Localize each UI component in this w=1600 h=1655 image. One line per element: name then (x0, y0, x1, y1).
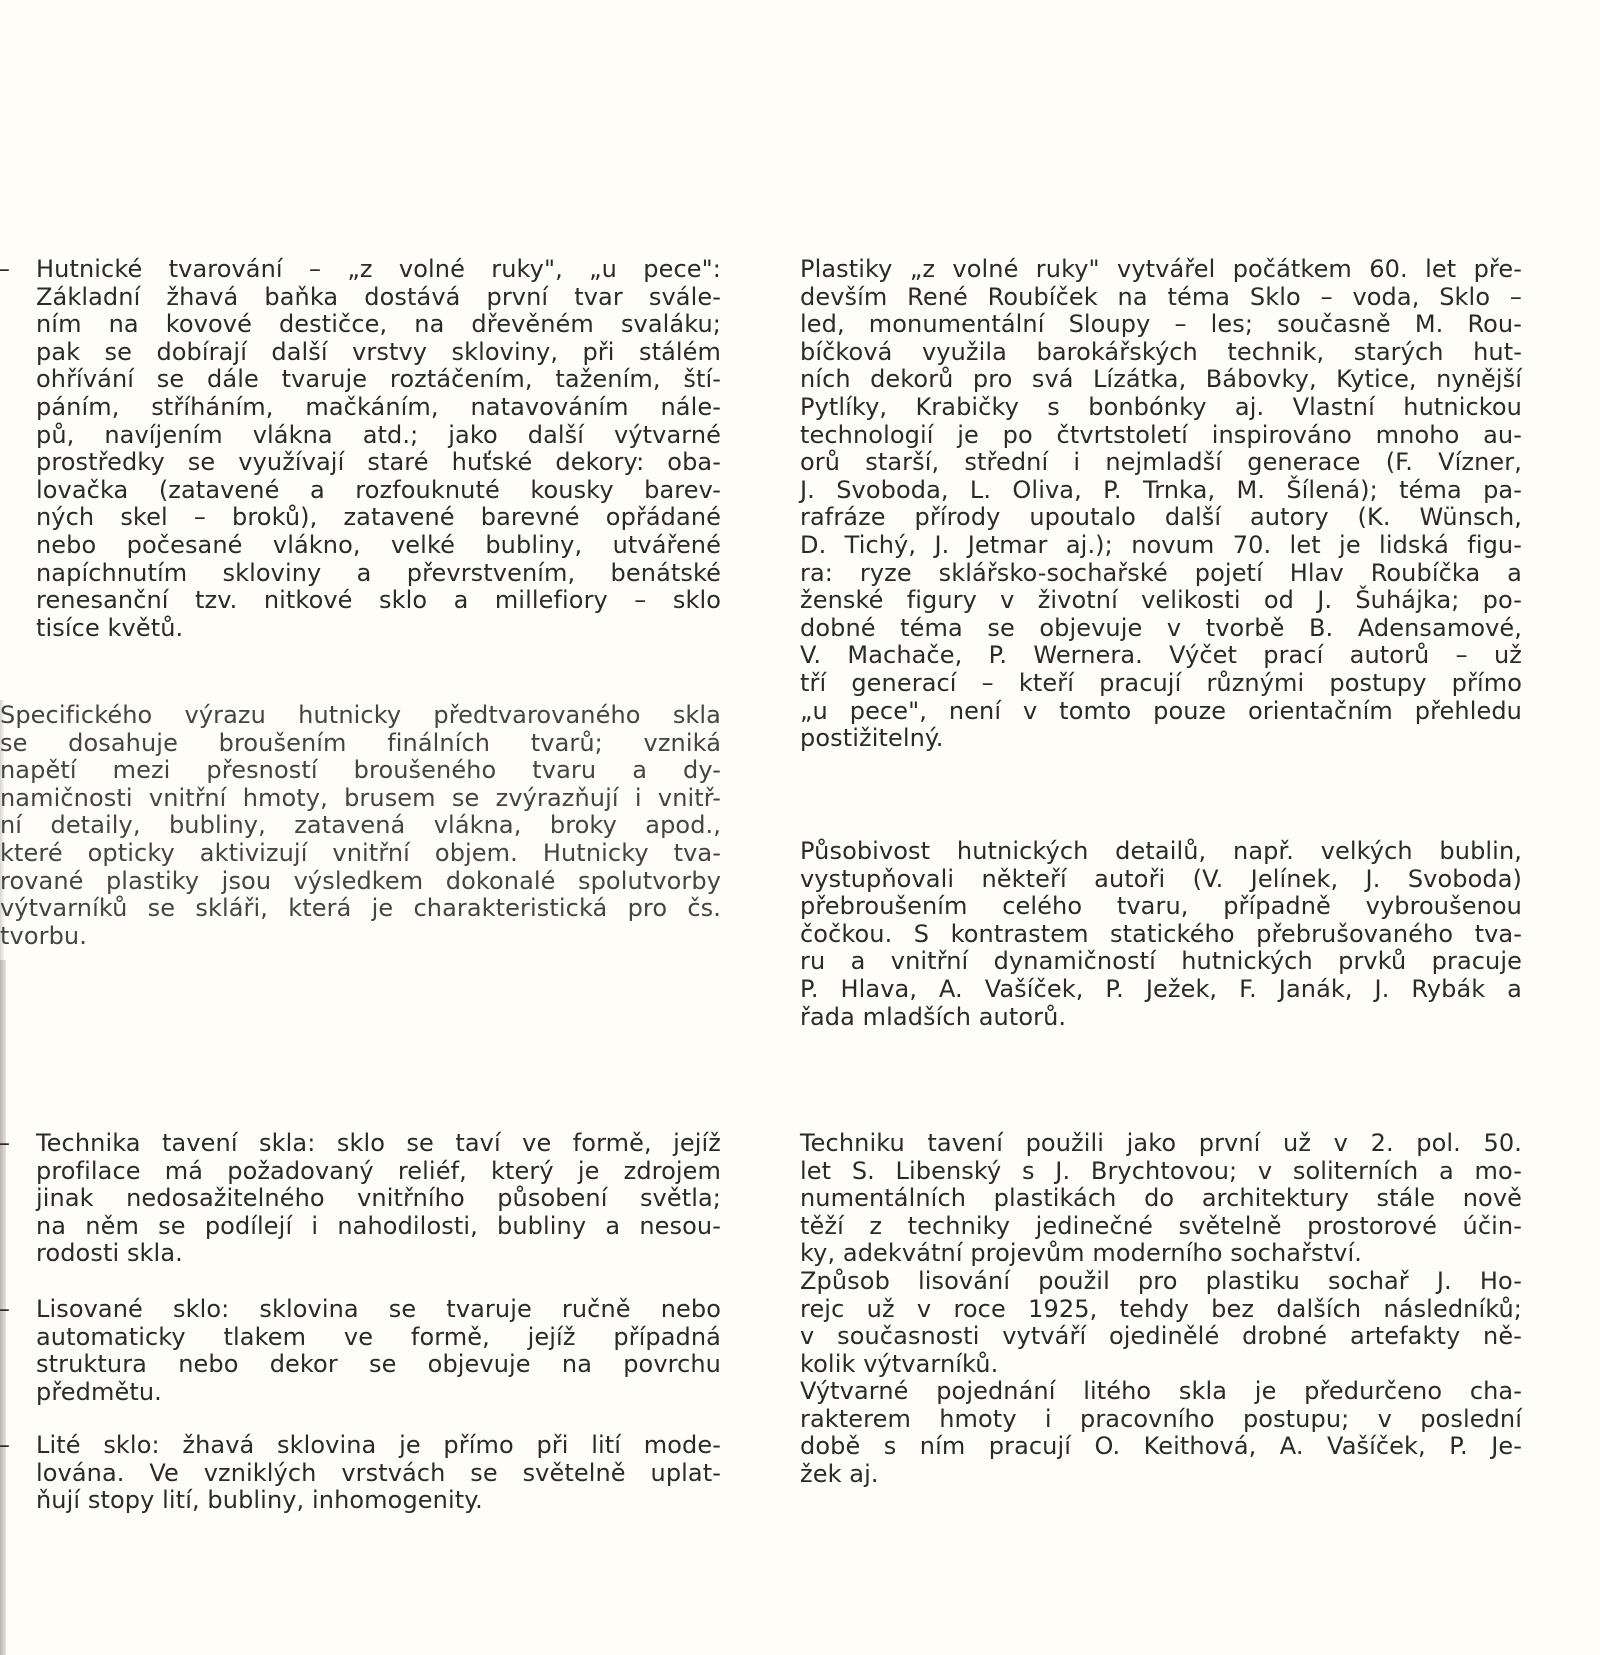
text-line: numentálních plastikách do architektury … (800, 1185, 1522, 1213)
list-dash: – (0, 1130, 10, 1158)
text-line: ky, adekvátní projevům moderního sochařs… (800, 1240, 1522, 1268)
text-line: ných skel – broků), zatavené barevné opř… (36, 504, 721, 532)
list-item-pressed-glass: – Lisované sklo: sklovina se tvaruje ruč… (36, 1296, 721, 1406)
list-dash: – (0, 1296, 10, 1324)
paragraph-text: Působivost hutnických detailů, např. vel… (800, 838, 1522, 1031)
text-line: jinak nedosažitelného vnitřního působení… (36, 1185, 721, 1213)
text-line: bíčková využila barokářských technik, st… (800, 339, 1522, 367)
text-line: řada mladších autorů. (800, 1004, 1522, 1032)
paragraph-pressing-authors: Způsob lisování použil pro plastiku soch… (800, 1268, 1522, 1378)
text-line: rodosti skla. (36, 1240, 721, 1268)
text-line: lovačka (zatavené a rozfouknuté kousky b… (36, 477, 721, 505)
text-line: lována. Ve vzniklých vrstvách se světeln… (36, 1460, 721, 1488)
list-item-cast-glass: – Lité sklo: žhavá sklovina je přímo při… (36, 1432, 721, 1515)
text-line: kolik výtvarníků. (800, 1351, 1522, 1379)
text-line: výtvarníků se skláři, která je charakter… (0, 895, 721, 923)
text-line: rafráze přírody upoutalo další autory (K… (800, 504, 1522, 532)
text-line: prostředky se využívají staré huťské dek… (36, 449, 721, 477)
text-line: renesanční tzv. nitkové sklo a millefior… (36, 587, 721, 615)
text-line: přebroušením celého tvaru, případně vybr… (800, 893, 1522, 921)
text-line: napětí mezi přesností broušeného tvaru a… (0, 757, 721, 785)
text-line: Základní žhavá baňka dostává první tvar … (36, 284, 721, 312)
text-line: technologií je po čtvrtstoletí inspirová… (800, 422, 1522, 450)
list-item-hot-forming: – Hutnické tvarování – „z volné ruky", „… (36, 256, 721, 642)
text-line: Lité sklo: žhavá sklovina je přímo při l… (36, 1432, 721, 1460)
text-line: tisíce květů. (36, 615, 721, 643)
text-line: ní detaily, bubliny, zatavená vlákna, br… (0, 812, 721, 840)
text-line: profilace má požadovaný reliéf, který je… (36, 1158, 721, 1186)
list-item-melting-technique: – Technika tavení skla: sklo se taví ve … (36, 1130, 721, 1268)
paragraph-text: Způsob lisování použil pro plastiku soch… (800, 1268, 1522, 1378)
list-item-text: Lité sklo: žhavá sklovina je přímo při l… (36, 1432, 721, 1515)
text-line: Lisované sklo: sklovina se tvaruje ručně… (36, 1296, 721, 1324)
text-line: ženské figury v životní velikosti od J. … (800, 587, 1522, 615)
text-line: Hutnické tvarování – „z volné ruky", „u … (36, 256, 721, 284)
text-line: „u pece", není v tomto pouze orientačním… (800, 698, 1522, 726)
text-line: struktura nebo dekor se objevuje na povr… (36, 1351, 721, 1379)
text-line: ním na kovové destičce, na dřevěném sval… (36, 311, 721, 339)
list-item-text: Hutnické tvarování – „z volné ruky", „u … (36, 256, 721, 642)
paragraph-cut-glass: Specifického výrazu hutnicky předtvarova… (0, 702, 721, 950)
text-line: páním, stříháním, mačkáním, natavováním … (36, 394, 721, 422)
text-line: Výtvarné pojednání litého skla je předur… (800, 1378, 1522, 1406)
list-item-text: Lisované sklo: sklovina se tvaruje ručně… (36, 1296, 721, 1406)
paragraph-text: Techniku tavení použili jako první už v … (800, 1130, 1522, 1268)
text-line: rakterem hmoty i pracovního postupu; v p… (800, 1406, 1522, 1434)
paragraph-cast-glass-authors: Výtvarné pojednání litého skla je předur… (800, 1378, 1522, 1488)
text-line: žek aj. (800, 1461, 1522, 1489)
text-line: Technika tavení skla: sklo se taví ve fo… (36, 1130, 721, 1158)
text-line: Způsob lisování použil pro plastiku soch… (800, 1268, 1522, 1296)
text-line: P. Hlava, A. Vašíček, P. Ježek, F. Janák… (800, 976, 1522, 1004)
text-line: čočkou. S kontrastem statického přebrušo… (800, 921, 1522, 949)
text-line: orů starší, střední i nejmladší generace… (800, 449, 1522, 477)
text-line: pak se dobírají další vrstvy skloviny, p… (36, 339, 721, 367)
text-line: tří generací – kteří pracují různými pos… (800, 670, 1522, 698)
text-line: předmětu. (36, 1379, 721, 1407)
text-line: Plastiky „z volné ruky" vytvářel počátke… (800, 256, 1522, 284)
text-line: těží z techniky jedinečné světelně prost… (800, 1213, 1522, 1241)
paragraph-hot-details: Působivost hutnických detailů, např. vel… (800, 838, 1522, 1031)
text-line: ohřívání se dále tvaruje roztáčením, taž… (36, 366, 721, 394)
text-line: devším René Roubíček na téma Sklo – voda… (800, 284, 1522, 312)
text-line: pů, navíjením vlákna atd.; jako další vý… (36, 422, 721, 450)
list-dash: – (0, 256, 10, 284)
text-line: let S. Libenský s J. Brychtovou; v solit… (800, 1158, 1522, 1186)
text-line: rované plastiky jsou výsledkem dokonalé … (0, 868, 721, 896)
text-line: vystupňovali někteří autoři (V. Jelínek,… (800, 866, 1522, 894)
text-line: Pytlíky, Krabičky s bonbónky aj. Vlastní… (800, 394, 1522, 422)
text-line: dobné téma se objevuje v tvorbě B. Adens… (800, 615, 1522, 643)
text-line: ru a vnitřní dynamičností hutnických prv… (800, 948, 1522, 976)
paragraph-melting-authors: Techniku tavení použili jako první už v … (800, 1130, 1522, 1268)
text-line: V. Machače, P. Wernera. Výčet prací auto… (800, 642, 1522, 670)
text-line: napíchnutím skloviny a převrstvením, ben… (36, 560, 721, 588)
text-line: D. Tichý, J. Jetmar aj.); novum 70. let … (800, 532, 1522, 560)
paragraph-text: Plastiky „z volné ruky" vytvářel počátke… (800, 256, 1522, 753)
text-line: ních dekorů pro svá Lízátka, Bábovky, Ky… (800, 366, 1522, 394)
list-item-text: Technika tavení skla: sklo se taví ve fo… (36, 1130, 721, 1268)
text-line: ňují stopy lití, bubliny, inhomogenity. (36, 1487, 721, 1515)
text-line: době s ním pracují O. Keithová, A. Vašíč… (800, 1433, 1522, 1461)
text-line: na něm se podílejí i nahodilosti, bublin… (36, 1213, 721, 1241)
text-line: ra: ryze sklářsko-sochařské pojetí Hlav … (800, 560, 1522, 588)
text-line: automaticky tlakem ve formě, jejíž přípa… (36, 1324, 721, 1352)
text-line: postižitelný. (800, 725, 1522, 753)
text-line: se dosahuje broušením finálních tvarů; v… (0, 730, 721, 758)
paragraph-text: Výtvarné pojednání litého skla je předur… (800, 1378, 1522, 1488)
text-line: nebo počesané vlákno, velké bubliny, utv… (36, 532, 721, 560)
text-line: tvorbu. (0, 923, 721, 951)
text-line: J. Svoboda, L. Oliva, P. Trnka, M. Šílen… (800, 477, 1522, 505)
text-line: Specifického výrazu hutnicky předtvarova… (0, 702, 721, 730)
text-line: namičnosti vnitřní hmoty, brusem se zvýr… (0, 785, 721, 813)
paragraph-free-hand-sculptures: Plastiky „z volné ruky" vytvářel počátke… (800, 256, 1522, 753)
list-dash: – (0, 1432, 10, 1460)
text-line: Působivost hutnických detailů, např. vel… (800, 838, 1522, 866)
text-line: led, monumentální Sloupy – les; současně… (800, 311, 1522, 339)
text-line: rejc už v roce 1925, tehdy bez dalších n… (800, 1296, 1522, 1324)
text-line: které opticky aktivizují vnitřní objem. … (0, 840, 721, 868)
text-line: Techniku tavení použili jako první už v … (800, 1130, 1522, 1158)
paragraph-text: Specifického výrazu hutnicky předtvarova… (0, 702, 721, 950)
text-line: v současnosti vytváří ojedinělé drobné a… (800, 1323, 1522, 1351)
